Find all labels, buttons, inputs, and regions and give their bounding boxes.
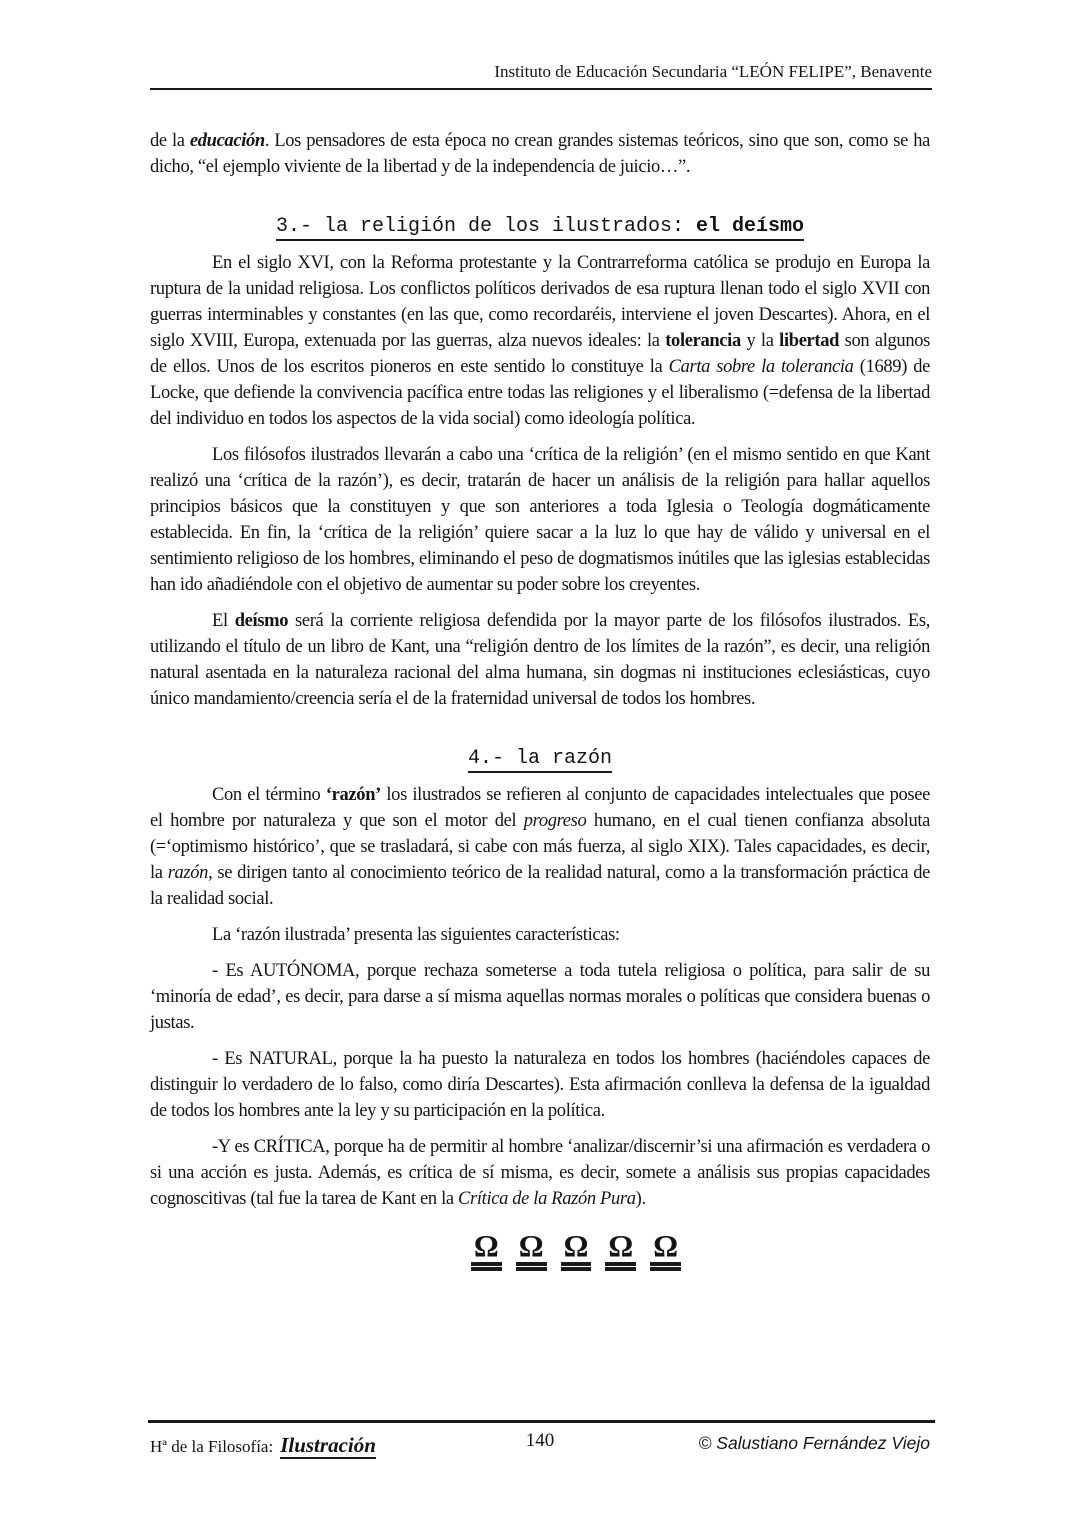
emphasis-text: educación	[190, 131, 265, 151]
text-run: 3.- la religión de los ilustrados:	[276, 215, 696, 238]
document-body: de la educación. Los pensadores de esta …	[150, 128, 930, 1276]
libra-symbol-icon: Ω	[605, 1230, 636, 1266]
paragraph: En el siglo XVI, con la Reforma protesta…	[150, 250, 930, 432]
text-run: 4.- la razón	[468, 747, 612, 770]
libra-symbol-icon: Ω	[561, 1230, 592, 1266]
text-run: La ‘razón ilustrada’ presenta las siguie…	[212, 925, 620, 945]
text-run: El	[212, 611, 235, 631]
institute-name: Instituto de Educación Secundaria “LEÓN …	[494, 62, 932, 81]
emphasis-text: el deísmo	[696, 215, 804, 238]
section-heading: 4.- la razón	[150, 746, 930, 772]
document-page: Instituto de Educación Secundaria “LEÓN …	[0, 0, 1080, 1528]
text-run: , se dirigen tanto al conocimiento teóri…	[150, 863, 930, 909]
libra-symbol-icon: Ω	[516, 1230, 547, 1266]
ornament-row: ΩΩΩΩΩ	[186, 1230, 966, 1276]
text-run: - Es AUTÓNOMA, porque rechaza someterse …	[150, 961, 930, 1033]
text-run: de la	[150, 131, 190, 151]
page-footer: Hª de la Filosofía:Ilustración 140 © Sal…	[150, 1430, 930, 1470]
page-header: Instituto de Educación Secundaria “LEÓN …	[150, 62, 932, 82]
paragraph: La ‘razón ilustrada’ presenta las siguie…	[150, 922, 930, 948]
emphasis-text: deísmo	[235, 611, 288, 631]
paragraph: Con el término ‘razón’ los ilustrados se…	[150, 782, 930, 912]
paragraph: -Y es CRÍTICA, porque ha de permitir al …	[150, 1134, 930, 1212]
footer-divider	[148, 1420, 935, 1423]
copyright-notice: © Salustiano Fernández Viejo	[699, 1433, 930, 1454]
emphasis-text: Crítica de la Razón Pura	[458, 1189, 636, 1209]
libra-symbol-icon: Ω	[471, 1230, 502, 1266]
emphasis-text: libertad	[779, 331, 839, 351]
header-divider	[150, 88, 932, 90]
libra-symbol-icon: Ω	[650, 1230, 681, 1266]
emphasis-text: ‘razón’	[326, 785, 381, 805]
paragraph: El deísmo será la corriente religiosa de…	[150, 608, 930, 712]
text-run: - Es NATURAL, porque la ha puesto la nat…	[150, 1049, 930, 1121]
section-heading-text: 3.- la religión de los ilustrados: el de…	[276, 215, 804, 241]
section-heading: 3.- la religión de los ilustrados: el de…	[150, 214, 930, 240]
emphasis-text: Carta sobre la tolerancia	[669, 357, 854, 377]
section-heading-text: 4.- la razón	[468, 747, 612, 773]
text-run: Con el término	[212, 785, 326, 805]
paragraph: - Es AUTÓNOMA, porque rechaza someterse …	[150, 958, 930, 1036]
paragraph: - Es NATURAL, porque la ha puesto la nat…	[150, 1046, 930, 1124]
paragraph: Los filósofos ilustrados llevarán a cabo…	[150, 442, 930, 598]
emphasis-text: progreso	[524, 811, 587, 831]
text-run: ).	[636, 1189, 646, 1209]
emphasis-text: tolerancia	[665, 331, 741, 351]
text-run: . Los pensadores de esta época no crean …	[150, 131, 930, 177]
text-run: Los filósofos ilustrados llevarán a cabo…	[150, 445, 930, 595]
text-run: y la	[741, 331, 779, 351]
emphasis-text: razón	[168, 863, 208, 883]
paragraph: de la educación. Los pensadores de esta …	[150, 128, 930, 180]
